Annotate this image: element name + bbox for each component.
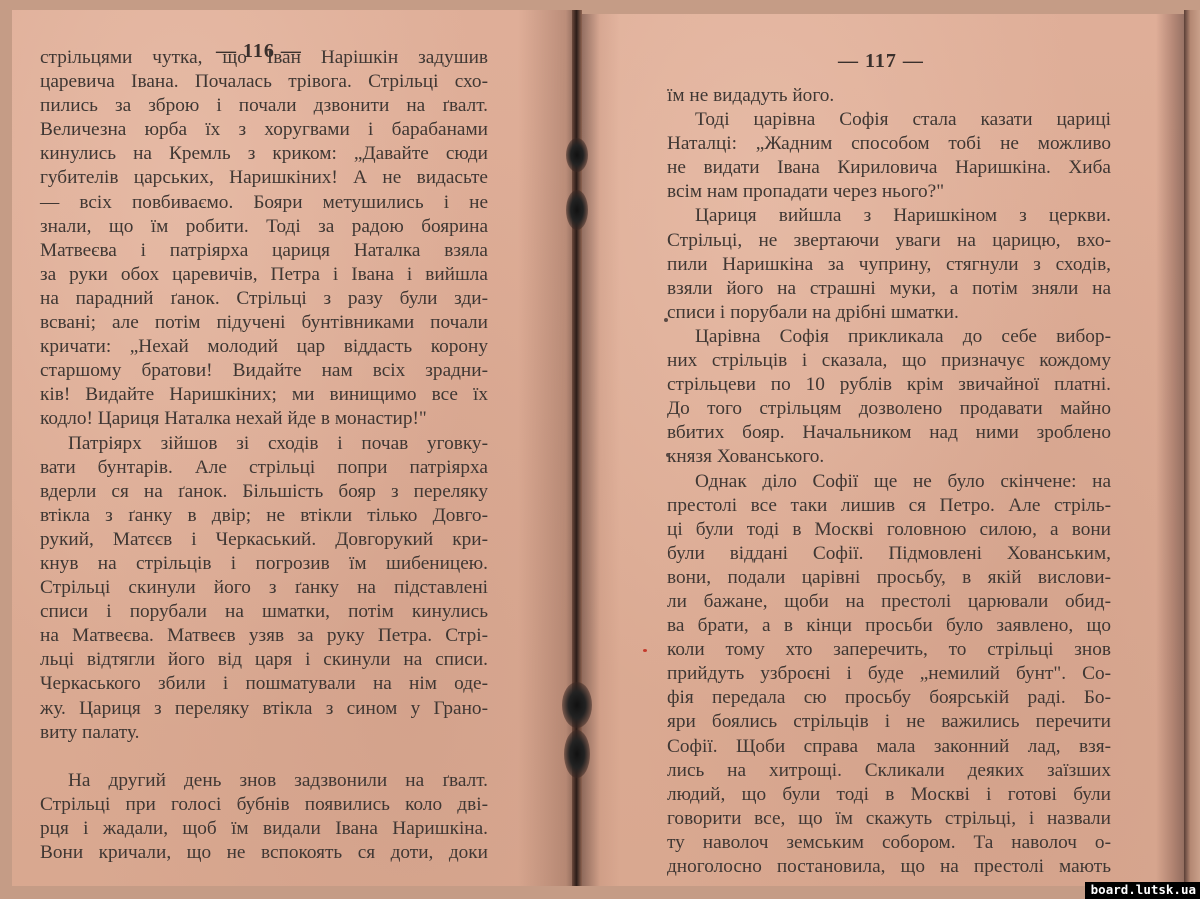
text-line: стрільцеви по 10 рублів крім звичайної п… (667, 373, 1111, 397)
text-line: Стрільці при голосі бубнів появились кол… (40, 793, 488, 817)
text-line: Наталці: „Жадним способом тобі не можлив… (667, 132, 1111, 156)
book-spread: — 116 — — 117 — стрільцями чутка, що Іва… (0, 0, 1200, 899)
text-line: були віддані Софії. Підмовлені Хованськи… (667, 542, 1111, 566)
text-line: Софії. Щоби справа мала законний лад, вз… (667, 735, 1111, 759)
text-line: старшому братови! Видайте нам всіх зрадн… (40, 359, 488, 383)
text-line: не видати Івана Кириловича Наришкіна. Хи… (667, 156, 1111, 180)
text-line: Стрільці, не звертаючи уваги на царицю, … (667, 229, 1111, 253)
text-line: пились за зброю і почали дзвонити на ґва… (40, 94, 488, 118)
text-line: ків! Видайте Наришкіних; ми винищимо все… (40, 383, 488, 407)
text-line: вбитих бояр. Начальником над ними зробле… (667, 421, 1111, 445)
text-line: ли бажане, щоби на престолі царювали оби… (667, 590, 1111, 614)
text-line: ва брати, а в кінци просьби було заявлен… (667, 614, 1111, 638)
text-line: До того стрільцям дозволено продавати ма… (667, 397, 1111, 421)
page-edge-shadow (1184, 10, 1200, 886)
text-line: ту наволоч земським собором. Та наволоч … (667, 831, 1111, 855)
red-ink-speck (643, 649, 647, 652)
text-line: кодло! Цариця Наталка нехай йде в монаст… (40, 407, 488, 431)
text-line: Вони кричали, що не вспокоять ся доти, д… (40, 841, 488, 865)
text-line: говорити все, що їм скажуть стрільці, і … (667, 807, 1111, 831)
text-line: всім нам пропадати через нього?" (667, 180, 1111, 204)
text-line: прийдуть узброєні і буде „немилий бунт".… (667, 662, 1111, 686)
text-line: взяли його на страшні муки, а потім знял… (667, 277, 1111, 301)
text-line: Патріярх зійшов зі сходів і почав уговку… (40, 432, 488, 456)
text-line: — всіх повбиваємо. Бояри метушились і не (40, 191, 488, 215)
text-line: всвані; але потім підучені бунтівниками … (40, 311, 488, 335)
text-line: князя Хованського. (667, 445, 1111, 469)
text-line: стрільцями чутка, що Іван Нарішкін задуш… (40, 46, 488, 70)
text-line: рця і жадали, щоб їм видали Івана Наришк… (40, 817, 488, 841)
text-line: знали, що їм робити. Тоді за радою бояри… (40, 215, 488, 239)
text-line: Стрільці скинули його з ґанку на підстав… (40, 576, 488, 600)
text-line: Черкаського збили і пошматували на нім о… (40, 672, 488, 696)
text-line: Величезна юрба їх з хоругвами і барабана… (40, 118, 488, 142)
text-line: Тоді царівна Софія стала казати цариці (667, 108, 1111, 132)
text-line: кнув на стрільців і погрозив їм шибенице… (40, 552, 488, 576)
text-line: їм не видадуть його. (667, 84, 1111, 108)
text-line: рукий, Матєєв і Черкаський. Довгорукий к… (40, 528, 488, 552)
right-page-text: їм не видадуть його.Тоді царівна Софія с… (667, 84, 1111, 879)
text-line (40, 745, 488, 769)
text-line: губителів царських, Наришкіних! А не вид… (40, 166, 488, 190)
text-line: Царівна Софія прикликала до себе вибор- (667, 325, 1111, 349)
text-line: кричати: „Нехай молодий цар віддасть кор… (40, 335, 488, 359)
spine-binding-blot-top-1 (566, 138, 588, 172)
text-line: престолі все таки лишив ся Петро. Але ст… (667, 494, 1111, 518)
text-line: вдерли ся на ґанок. Більшість бояр з пер… (40, 480, 488, 504)
text-line: льці відтягли його від царя і скинули на… (40, 648, 488, 672)
left-page-text: стрільцями чутка, що Іван Нарішкін задуш… (40, 46, 488, 865)
text-line: яри боялись стрільців і не важились пере… (667, 710, 1111, 734)
watermark-label: board.lutsk.ua (1085, 882, 1200, 899)
spine-binding-blot-bottom-1 (562, 682, 592, 728)
text-line: за руки обох царевичів, Петра і Івана і … (40, 263, 488, 287)
text-line: вати бунтарів. Але стрільці попри патрія… (40, 456, 488, 480)
text-line: людий, що були тоді в Москві і готові бу… (667, 783, 1111, 807)
text-line: царевича Івана. Почалась трівога. Стріль… (40, 70, 488, 94)
text-line: на Матвеєва. Матвеєв узяв за руку Петра.… (40, 624, 488, 648)
text-line: виту палату. (40, 721, 488, 745)
text-line: лись на хитрощі. Скликали деяких заїзших (667, 759, 1111, 783)
text-line: пили Наришкіна за чуприну, стягнули з сх… (667, 253, 1111, 277)
spine-binding-blot-bottom-2 (564, 730, 590, 778)
spine-binding-blot-top-2 (566, 190, 588, 230)
text-line: ці були тоді в Москві головною силою, а … (667, 518, 1111, 542)
text-line: них стрільців і сказала, що призначує ко… (667, 349, 1111, 373)
text-line: Однак діло Софії ще не було скінчене: на (667, 470, 1111, 494)
text-line: втікла з ґанку в двір; не втікли тілько … (40, 504, 488, 528)
text-line: фія передала сю просьбу боярській раді. … (667, 686, 1111, 710)
text-line: списи і порубали на шматки, потім кинули… (40, 600, 488, 624)
margin-dot (666, 453, 670, 457)
text-line: списи і порубали на дрібні шматки. (667, 301, 1111, 325)
text-line: жу. Цариця з переляку втікла з сином у Г… (40, 697, 488, 721)
text-line: дноголосно постановила, що на престолі м… (667, 855, 1111, 879)
text-line: Цариця вийшла з Наришкіном з церкви. (667, 204, 1111, 228)
text-line: кинулись на Кремль з криком: „Давайте сю… (40, 142, 488, 166)
text-line: коли тому хто заперечить, то стрільці зн… (667, 638, 1111, 662)
page-number-right: — 117 — (838, 50, 924, 73)
text-line: На другий день знов задзвонили на ґвалт. (40, 769, 488, 793)
text-line: Матвеєва і патріярха цариця Наталка взял… (40, 239, 488, 263)
margin-dot (664, 318, 668, 322)
text-line: на парадний ґанок. Стрільці з разу були … (40, 287, 488, 311)
text-line: вони, подали царівні просьбу, в якій вис… (667, 566, 1111, 590)
